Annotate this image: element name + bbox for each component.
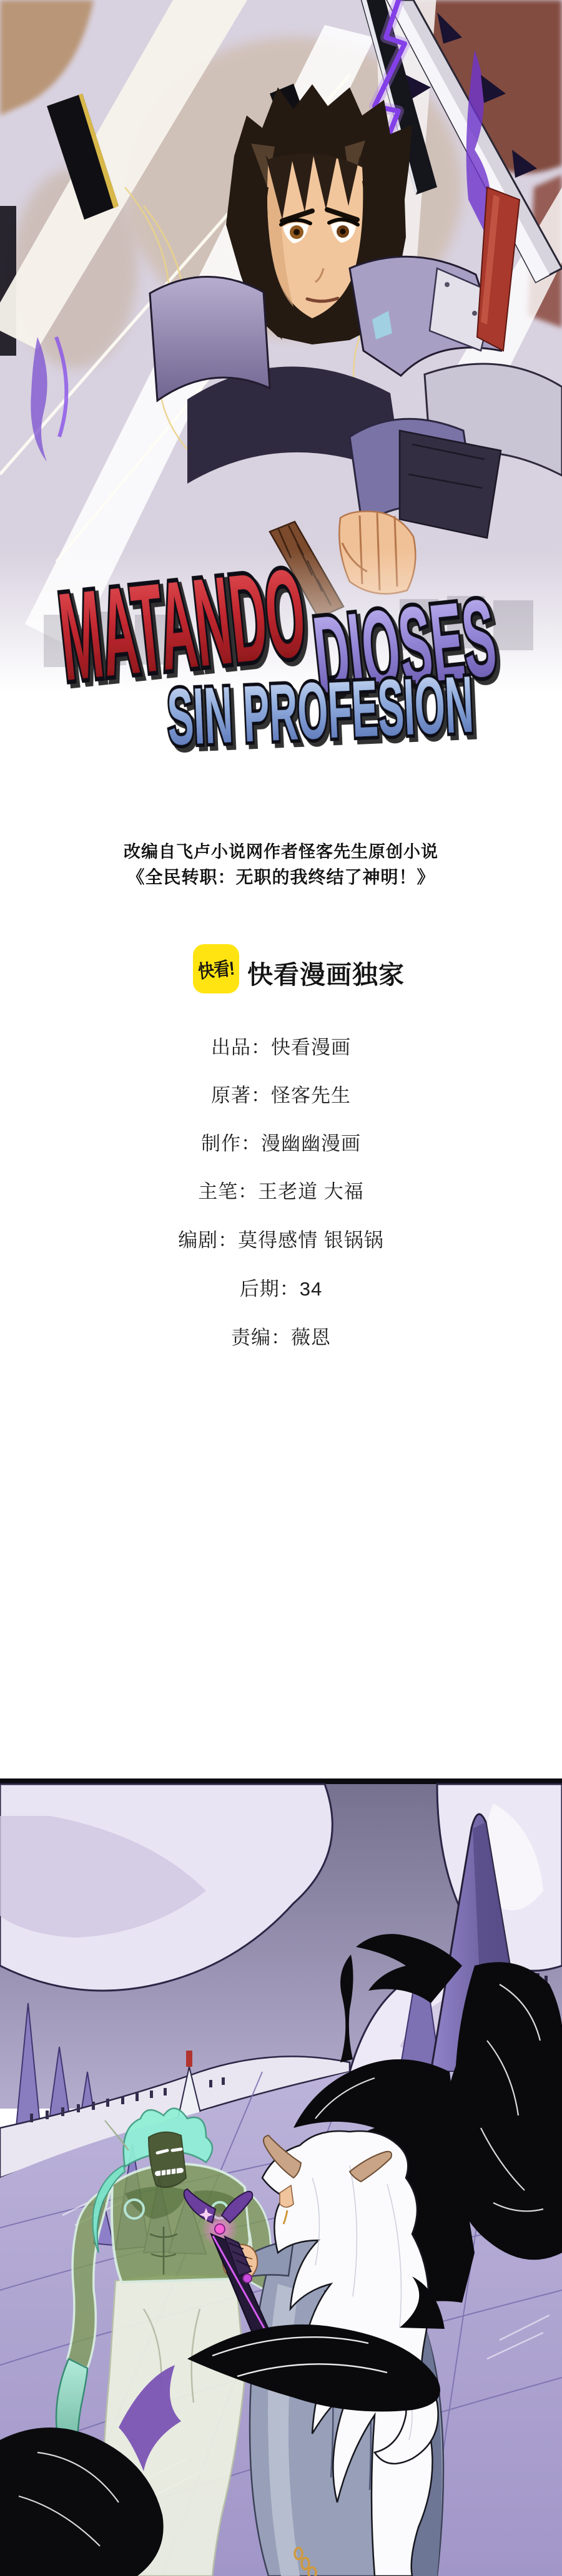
kuaikan-logo-text: 快看!: [197, 954, 235, 983]
credit-original-author: 原著：怪客先生: [0, 1080, 562, 1108]
credit-production: 制作：漫幽幽漫画: [0, 1128, 562, 1156]
cover-illustration: MATANDO DIOSES SIN PROFESION: [0, 0, 562, 769]
comic-panel: [0, 1778, 562, 2576]
credit-post-production: 后期：34: [0, 1273, 562, 1301]
kuaikan-logo-icon: 快看!: [193, 944, 239, 993]
credit-producer: 出品：快看漫画: [0, 1032, 562, 1060]
exclusive-label: 快看漫画独家: [247, 954, 405, 991]
adaptation-note-line2: 《全民转职：无职的我终结了神明！》: [0, 864, 562, 889]
credit-screenwriter: 编剧：莫得感情 银锅锅: [0, 1224, 562, 1252]
webtoon-page: MATANDO DIOSES SIN PROFESION 改编自飞卢小说网作者怪…: [0, 0, 562, 2576]
red-robed-figure: [186, 2051, 192, 2067]
cover-art: MATANDO DIOSES SIN PROFESION: [0, 0, 562, 769]
giant-face: [149, 2132, 186, 2187]
panel-art: [0, 1778, 562, 2576]
credit-lead-artist: 主笔：王老道 大福: [0, 1176, 562, 1204]
title-line2: SIN PROFESION: [165, 660, 475, 762]
credit-editor: 责编：薇恩: [0, 1322, 562, 1350]
adaptation-note-line1: 改编自飞卢小说网作者怪客先生原创小说: [0, 838, 562, 862]
